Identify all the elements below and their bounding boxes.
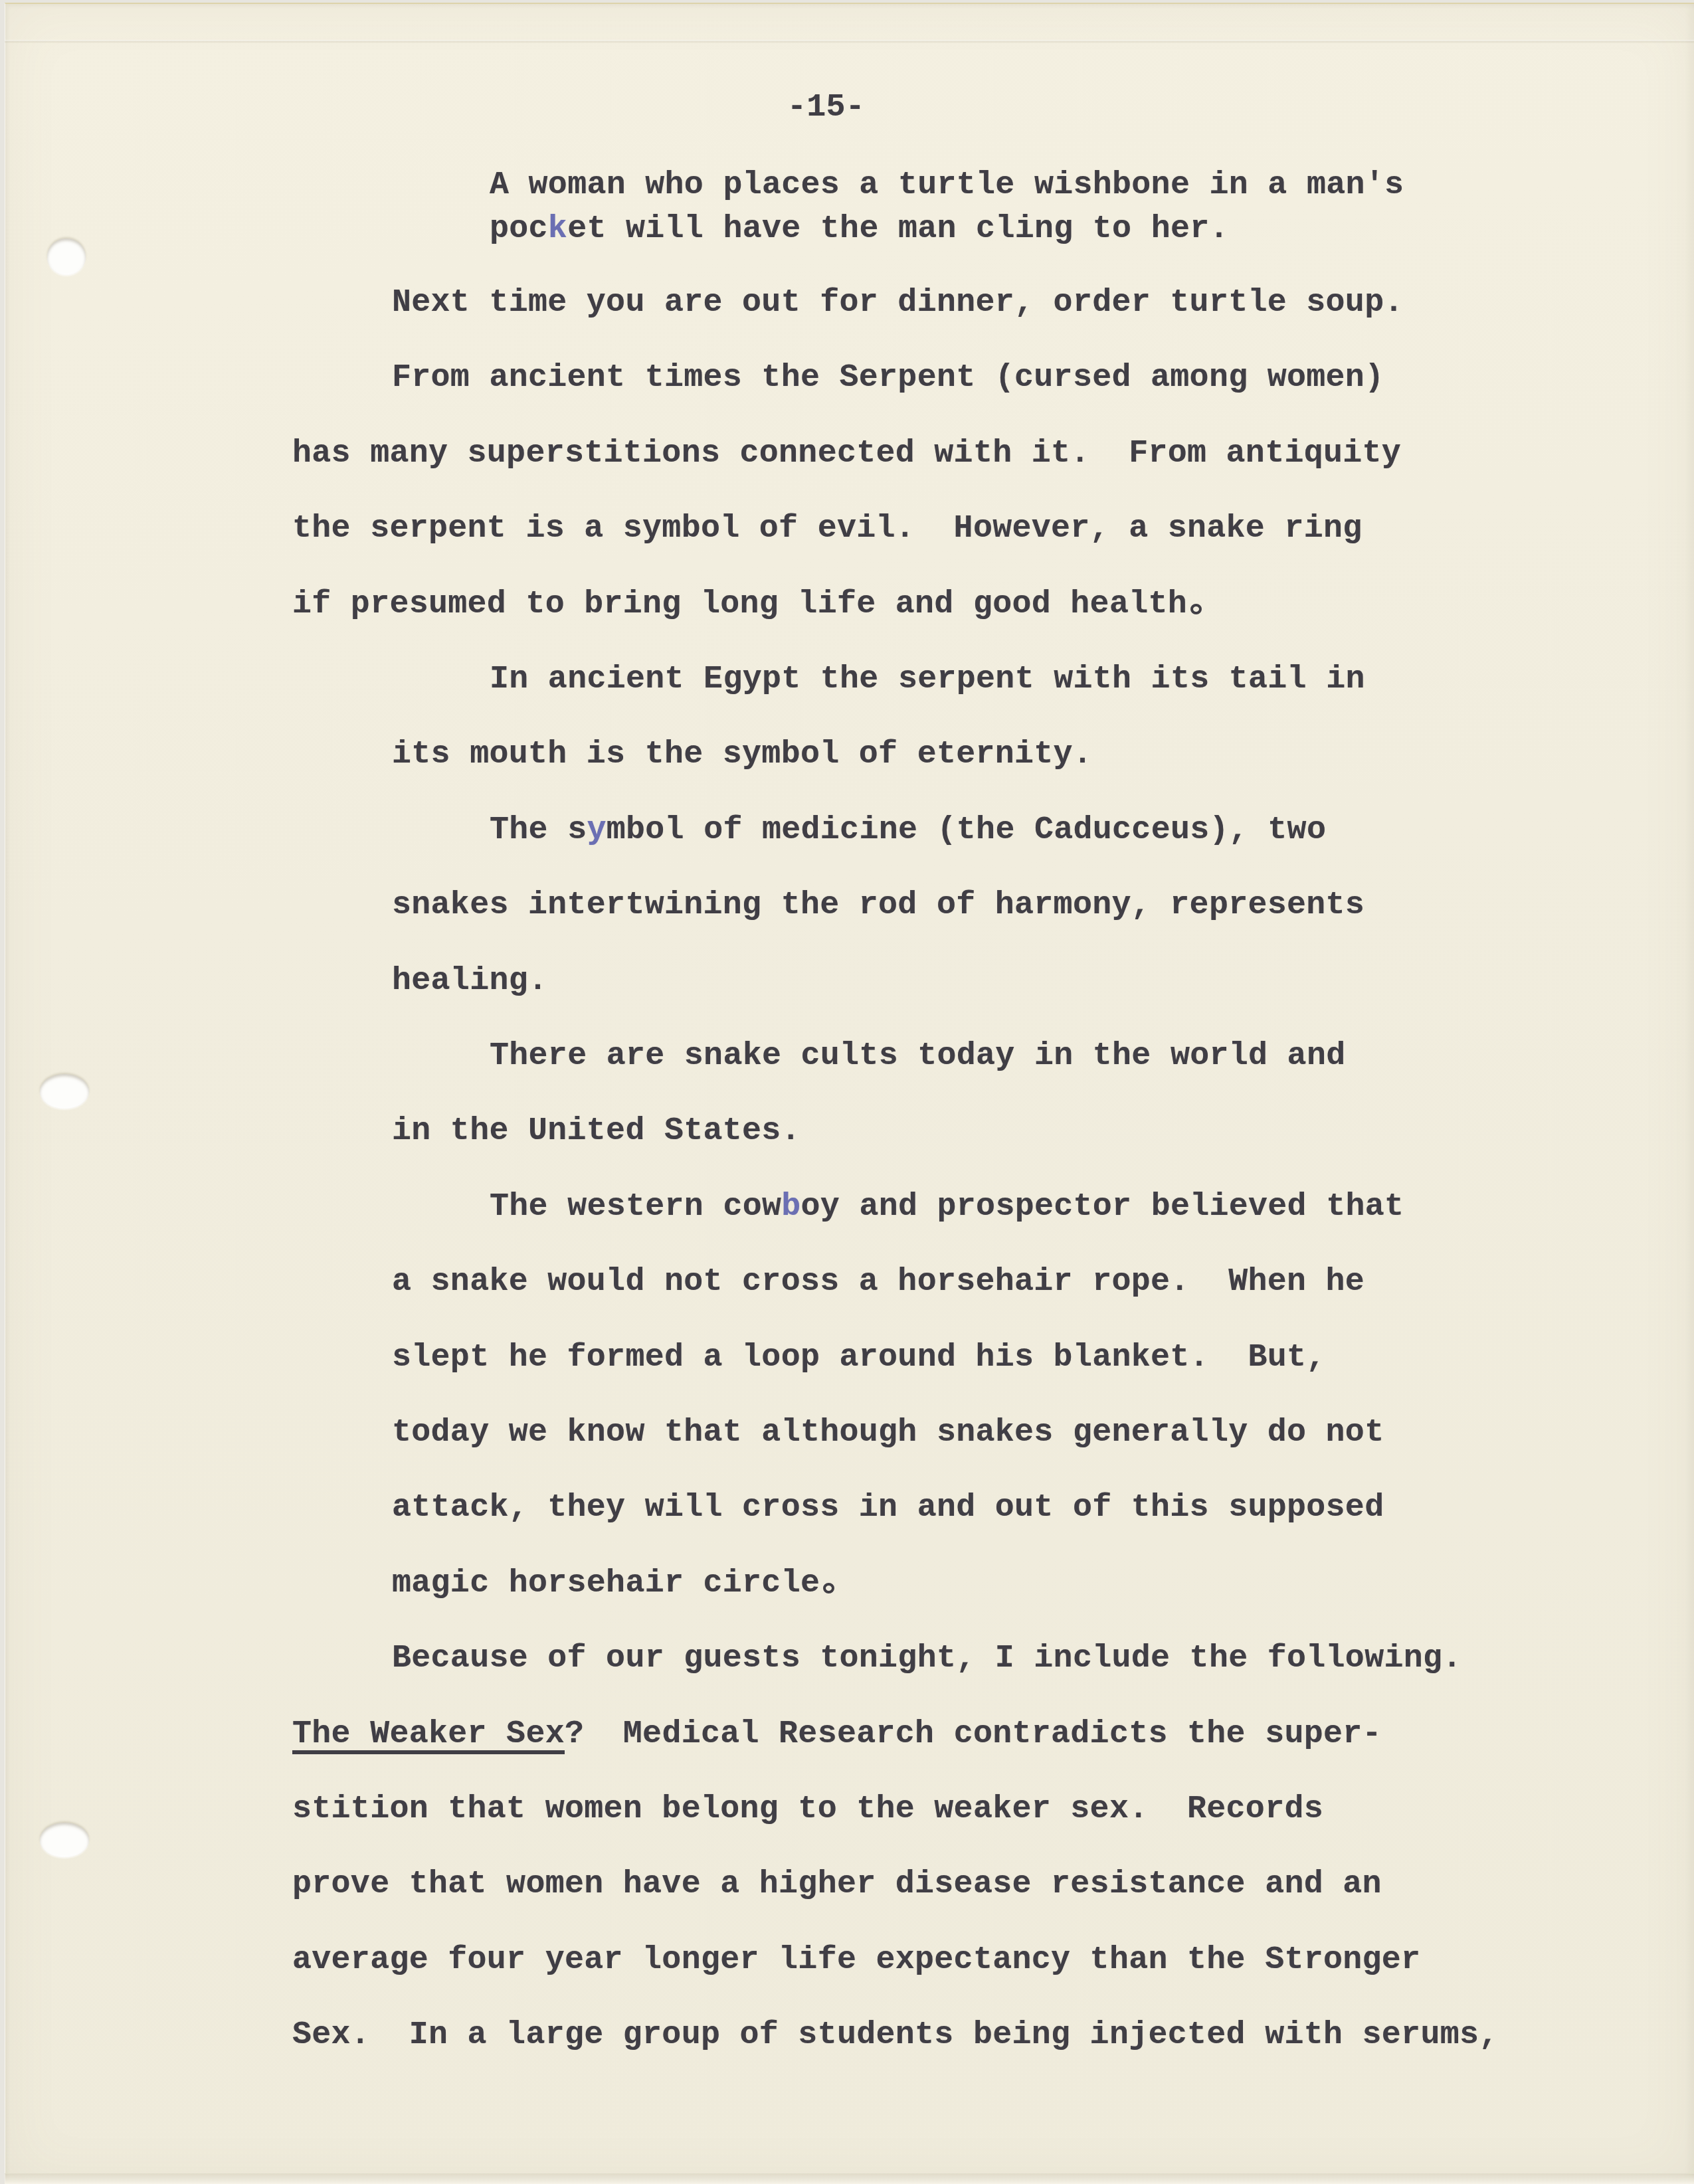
hole-punch-middle (40, 1074, 89, 1109)
text-segment: oy and prospector believed that (801, 1188, 1404, 1225)
typewritten-line: pocket will have the man cling to her. (490, 210, 1229, 248)
typewritten-line: The Weaker Sex? Medical Research contrad… (292, 1715, 1382, 1754)
typewritten-line: has many superstitions connected with it… (292, 434, 1401, 473)
text-segment: if presumed to bring long life and good … (292, 586, 1187, 622)
page-number: -15- (787, 88, 865, 127)
hole-punch-top (47, 238, 86, 275)
typewritten-line: average four year longer life expectancy… (292, 1941, 1420, 1979)
text-segment: From ancient times the Serpent (cursed a… (392, 359, 1384, 396)
text-segment: Next time you are out for dinner, order … (392, 284, 1404, 321)
text-segment: Sex. In a large group of students being … (292, 2017, 1499, 2053)
overstrike-segment: b (781, 1188, 800, 1225)
typewritten-line: its mouth is the symbol of eternity. (392, 735, 1092, 774)
text-segment: The s (490, 812, 587, 848)
text-segment: snakes intertwining the rod of harmony, … (392, 887, 1365, 923)
scanned-document-screenshot: { "page": { "number_label": "-15-", "kin… (0, 0, 1694, 2184)
text-segment: poc (490, 211, 548, 247)
text-segment: slept he formed a loop around his blanke… (392, 1339, 1326, 1376)
text-segment: attack, they will cross in and out of th… (392, 1489, 1384, 1526)
underlined-text: The Weaker Sex (292, 1718, 565, 1754)
typewritten-line: A woman who places a turtle wishbone in … (490, 166, 1404, 205)
typewritten-line: if presumed to bring long life and good … (292, 585, 1206, 624)
text-layer: -15- A woman who places a turtle wishbon… (292, 0, 1554, 2184)
typewritten-line: slept he formed a loop around his blanke… (392, 1338, 1326, 1377)
typewritten-line: attack, they will cross in and out of th… (392, 1489, 1384, 1527)
typewritten-line: There are snake cults today in the world… (490, 1037, 1345, 1075)
text-segment: et will have the man cling to her. (567, 211, 1229, 247)
typewritten-line: Next time you are out for dinner, order … (392, 284, 1404, 322)
typewritten-line: magic horsehair circle (392, 1564, 839, 1603)
text-segment: stition that women belong to the weaker … (292, 1791, 1323, 1827)
typewritten-line: The western cowboy and prospector believ… (490, 1188, 1404, 1226)
text-segment: has many superstitions connected with it… (292, 435, 1401, 472)
text-segment: a snake would not cross a horsehair rope… (392, 1263, 1365, 1300)
typewritten-line: the serpent is a symbol of evil. However… (292, 509, 1363, 548)
typewritten-line: a snake would not cross a horsehair rope… (392, 1263, 1365, 1301)
text-segment: average four year longer life expectancy… (292, 1942, 1420, 1978)
typewritten-line: today we know that although snakes gener… (392, 1413, 1384, 1452)
text-segment: ? Medical Research contradicts the super… (565, 1716, 1382, 1752)
overstrike-segment: y (587, 812, 606, 848)
text-segment: prove that women have a higher disease r… (292, 1866, 1382, 1902)
typewritten-line: healing. (392, 962, 547, 1000)
text-segment: mbol of medicine (the Caducceus), two (607, 812, 1326, 848)
overstrike-segment: k (548, 211, 567, 247)
text-segment: In ancient Egypt the serpent with its ta… (490, 661, 1365, 697)
typewritten-line: Because of our guests tonight, I include… (392, 1639, 1462, 1678)
text-segment: healing. (392, 962, 547, 999)
hole-punch-bottom (40, 1823, 89, 1857)
typewritten-line: Sex. In a large group of students being … (292, 2016, 1499, 2054)
text-segment: A woman who places a turtle wishbone in … (490, 167, 1404, 203)
text-segment: its mouth is the symbol of eternity. (392, 736, 1092, 773)
text-segment: the serpent is a symbol of evil. However… (292, 510, 1363, 547)
hollow-period-icon (823, 1583, 834, 1593)
hollow-period-icon (1190, 604, 1202, 614)
typewritten-line: The symbol of medicine (the Caducceus), … (490, 811, 1326, 850)
text-segment: in the United States. (392, 1113, 800, 1149)
text-segment: today we know that although snakes gener… (392, 1414, 1384, 1451)
typewritten-line: snakes intertwining the rod of harmony, … (392, 886, 1365, 925)
typewritten-line: From ancient times the Serpent (cursed a… (392, 359, 1384, 397)
typewritten-line: stition that women belong to the weaker … (292, 1790, 1323, 1829)
text-segment: The western cow (490, 1188, 781, 1225)
text-segment: Because of our guests tonight, I include… (392, 1640, 1462, 1677)
text-segment: There are snake cults today in the world… (490, 1038, 1345, 1074)
text-segment: magic horsehair circle (392, 1565, 820, 1601)
typewritten-line: in the United States. (392, 1112, 800, 1150)
typewritten-line: In ancient Egypt the serpent with its ta… (490, 660, 1365, 699)
typewritten-line: prove that women have a higher disease r… (292, 1865, 1382, 1904)
